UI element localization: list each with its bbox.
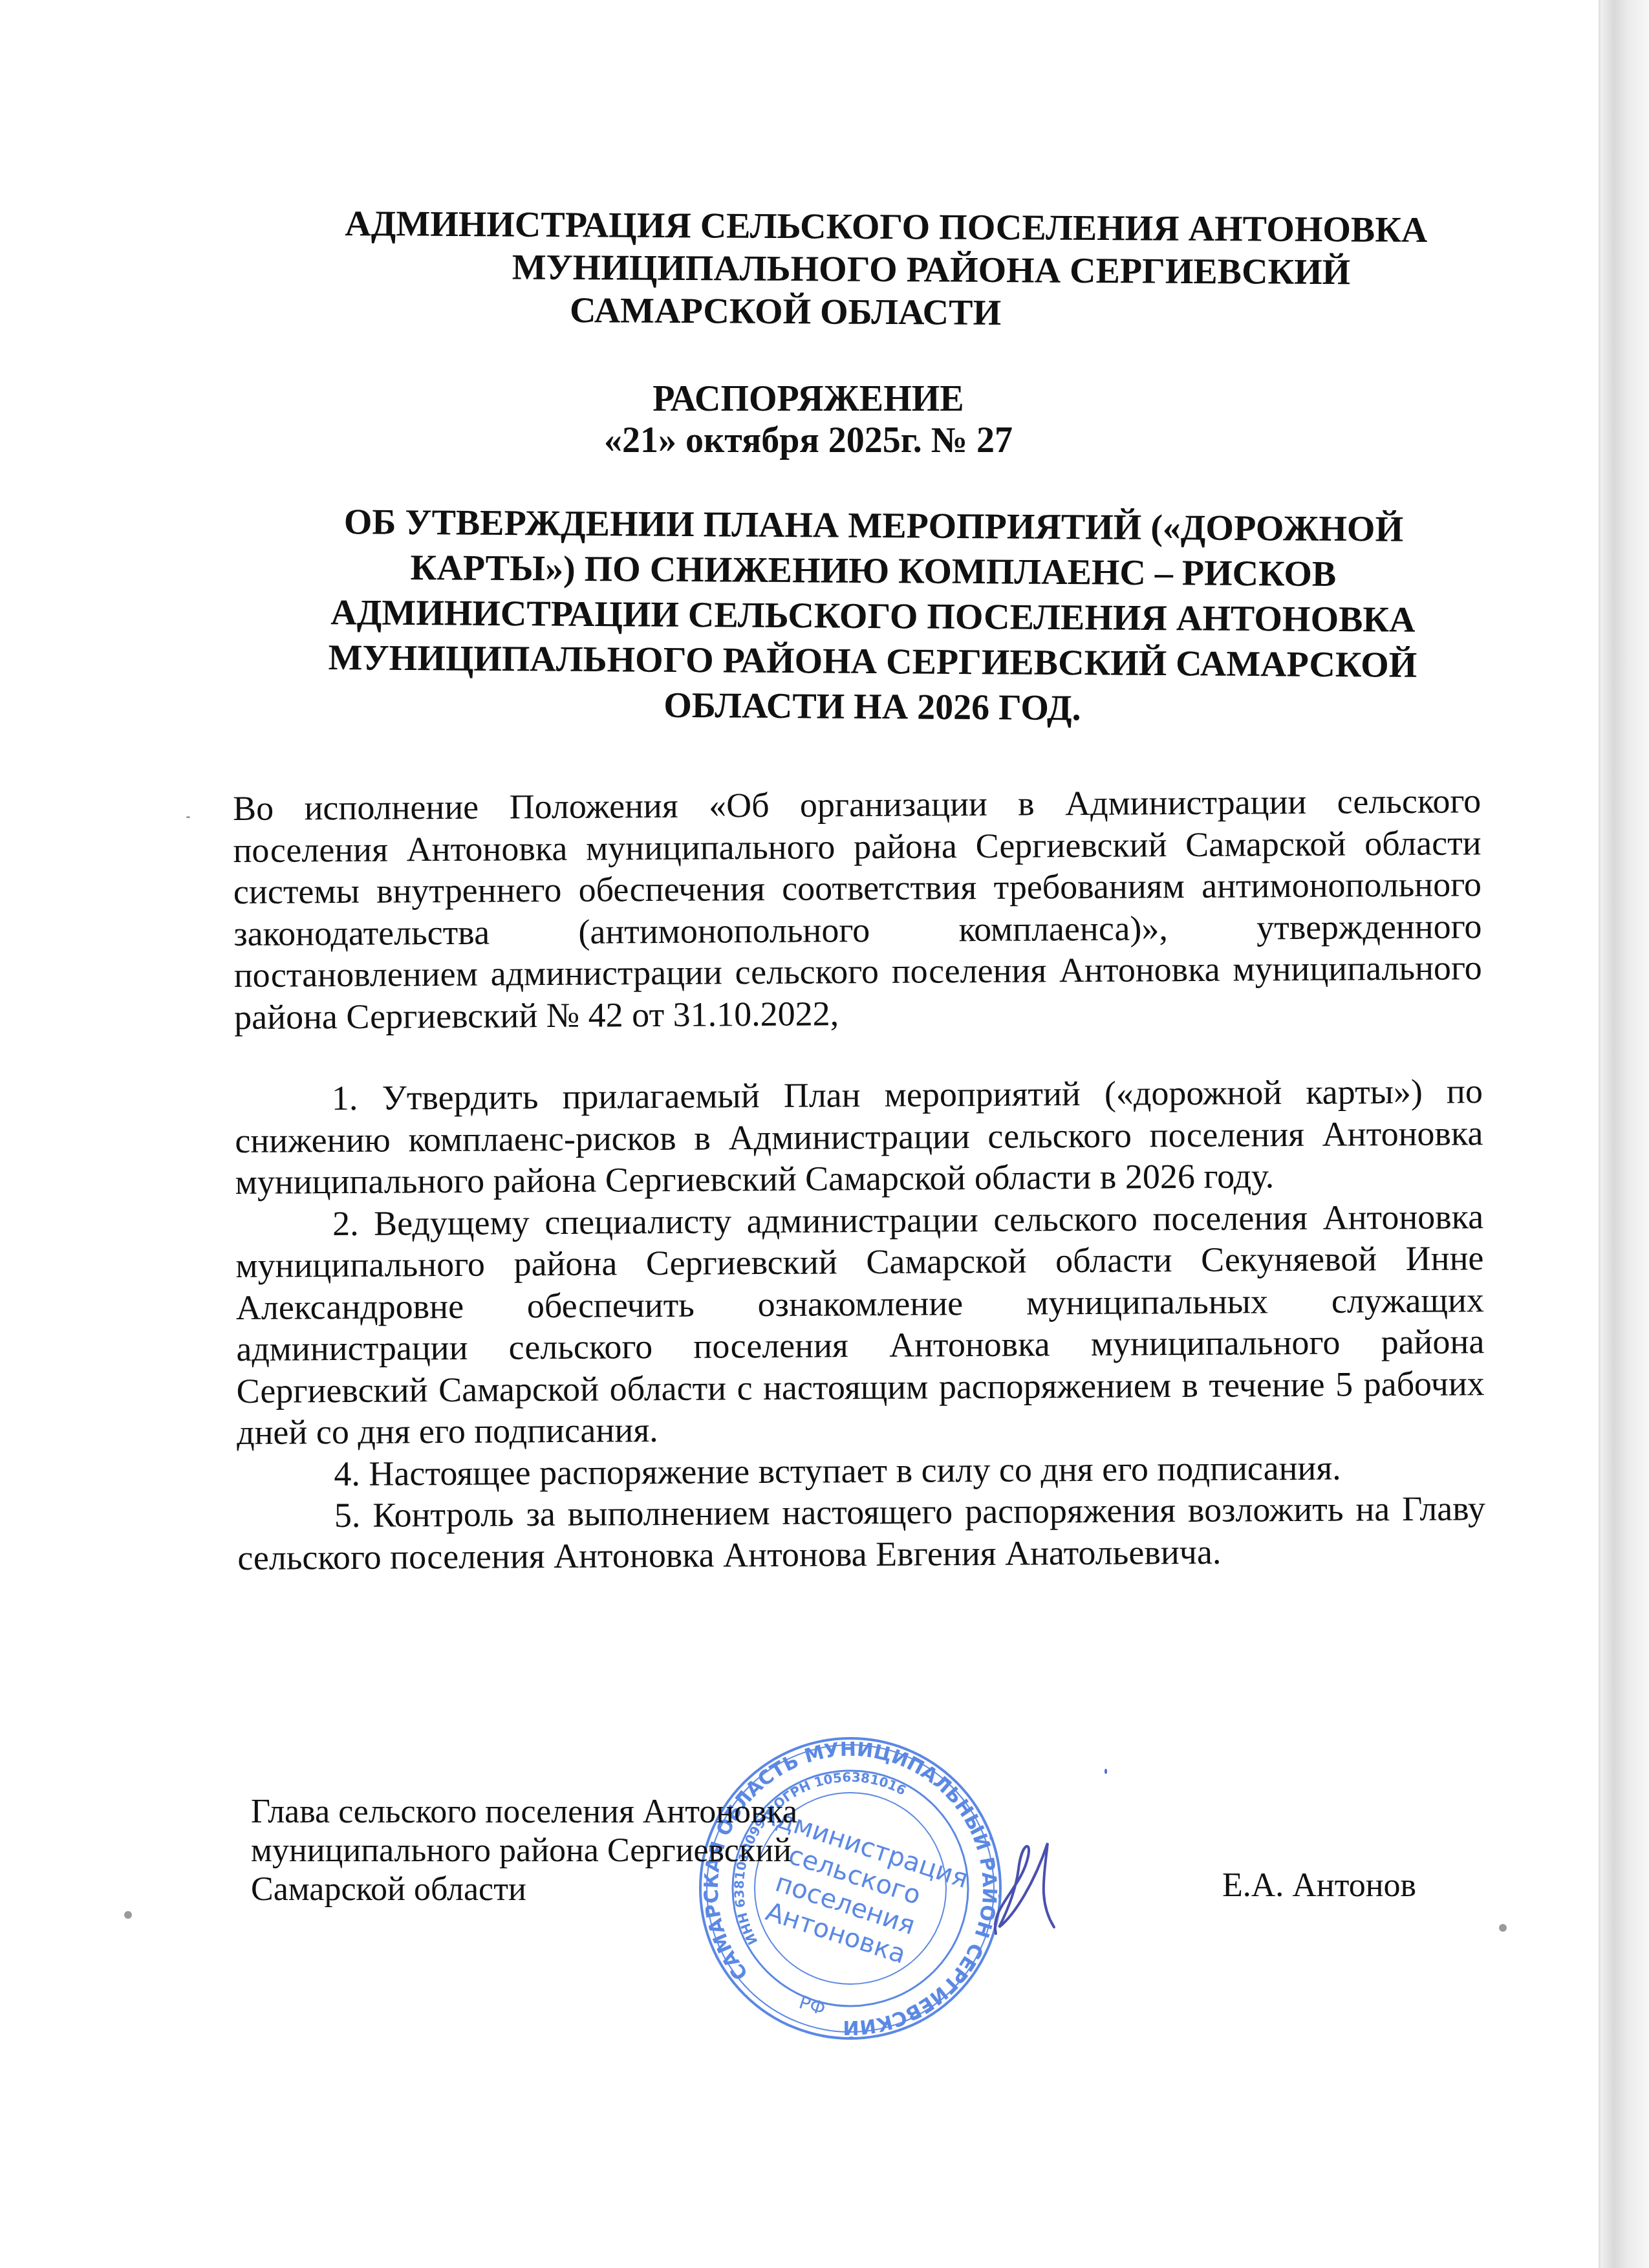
subject-line: МУНИЦИПАЛЬНОГО РАЙОНА СЕРГИЕВСКИЙ САМАРС… — [284, 635, 1461, 689]
order-item-1: 1. Утвердить прилагаемый План мероприяти… — [235, 1070, 1483, 1203]
signer-position-line: Самарской области — [251, 1870, 797, 1909]
order-heading: РАСПОРЯЖЕНИЕ «21» октября 2025г. № 27 — [453, 378, 1164, 461]
signer-position-line: муниципального района Сергиевский — [251, 1831, 797, 1870]
seal-bottom-text: РФ — [797, 1991, 828, 2020]
header-line: МУНИЦИПАЛЬНОГО РАЙОНА СЕРГИЕВСКИЙ — [297, 244, 1474, 294]
order-body: Во исполнение Положения «Об организации … — [233, 780, 1485, 1579]
scanner-edge-shadow — [1599, 0, 1649, 2268]
order-item-4: 4. Настоящее распоряжение вступает в сил… — [237, 1446, 1485, 1495]
order-item-5: 5. Контроль за выполнением настоящего ра… — [237, 1487, 1486, 1579]
scan-speck — [1105, 1769, 1107, 1774]
signature-block: Глава сельского поселения Антоновка муни… — [251, 1793, 797, 1909]
signer-name: Е.А. Антонов — [1222, 1866, 1416, 1905]
subject-line: ОБЛАСТИ НА 2026 ГОД. — [284, 680, 1461, 734]
order-subject: ОБ УТВЕРЖДЕНИИ ПЛАНА МЕРОПРИЯТИЙ («ДОРОЖ… — [284, 499, 1462, 734]
scan-speck — [1499, 1924, 1507, 1932]
subject-line: ОБ УТВЕРЖДЕНИИ ПЛАНА МЕРОПРИЯТИЙ («ДОРОЖ… — [285, 499, 1462, 553]
handwritten-signature-icon — [983, 1830, 1061, 1940]
order-item-2: 2. Ведущему специалисту администрации се… — [235, 1196, 1485, 1454]
authority-header: АДМИНИСТРАЦИЯ СЕЛЬСКОГО ПОСЕЛЕНИЯ АНТОНО… — [297, 202, 1474, 337]
subject-line: АДМИНИСТРАЦИИ СЕЛЬСКОГО ПОСЕЛЕНИЯ АНТОНО… — [285, 590, 1461, 643]
subject-line: КАРТЫ») ПО СНИЖЕНИЮ КОМПЛАЕНС – РИСКОВ — [285, 545, 1461, 598]
scanned-document-page: АДМИНИСТРАЦИЯ СЕЛЬСКОГО ПОСЕЛЕНИЯ АНТОНО… — [0, 0, 1649, 2268]
scan-speck — [186, 816, 190, 818]
document-type: РАСПОРЯЖЕНИЕ — [453, 378, 1164, 420]
scan-speck — [124, 1911, 132, 1919]
header-line: АДМИНИСТРАЦИЯ СЕЛЬСКОГО ПОСЕЛЕНИЯ АНТОНО… — [297, 202, 1474, 252]
signer-position-line: Глава сельского поселения Антоновка — [251, 1793, 797, 1831]
order-date-number: «21» октября 2025г. № 27 — [453, 420, 1164, 461]
preamble-paragraph: Во исполнение Положения «Об организации … — [233, 780, 1482, 1038]
header-line: САМАРСКОЙ ОБЛАСТИ — [297, 287, 1474, 337]
